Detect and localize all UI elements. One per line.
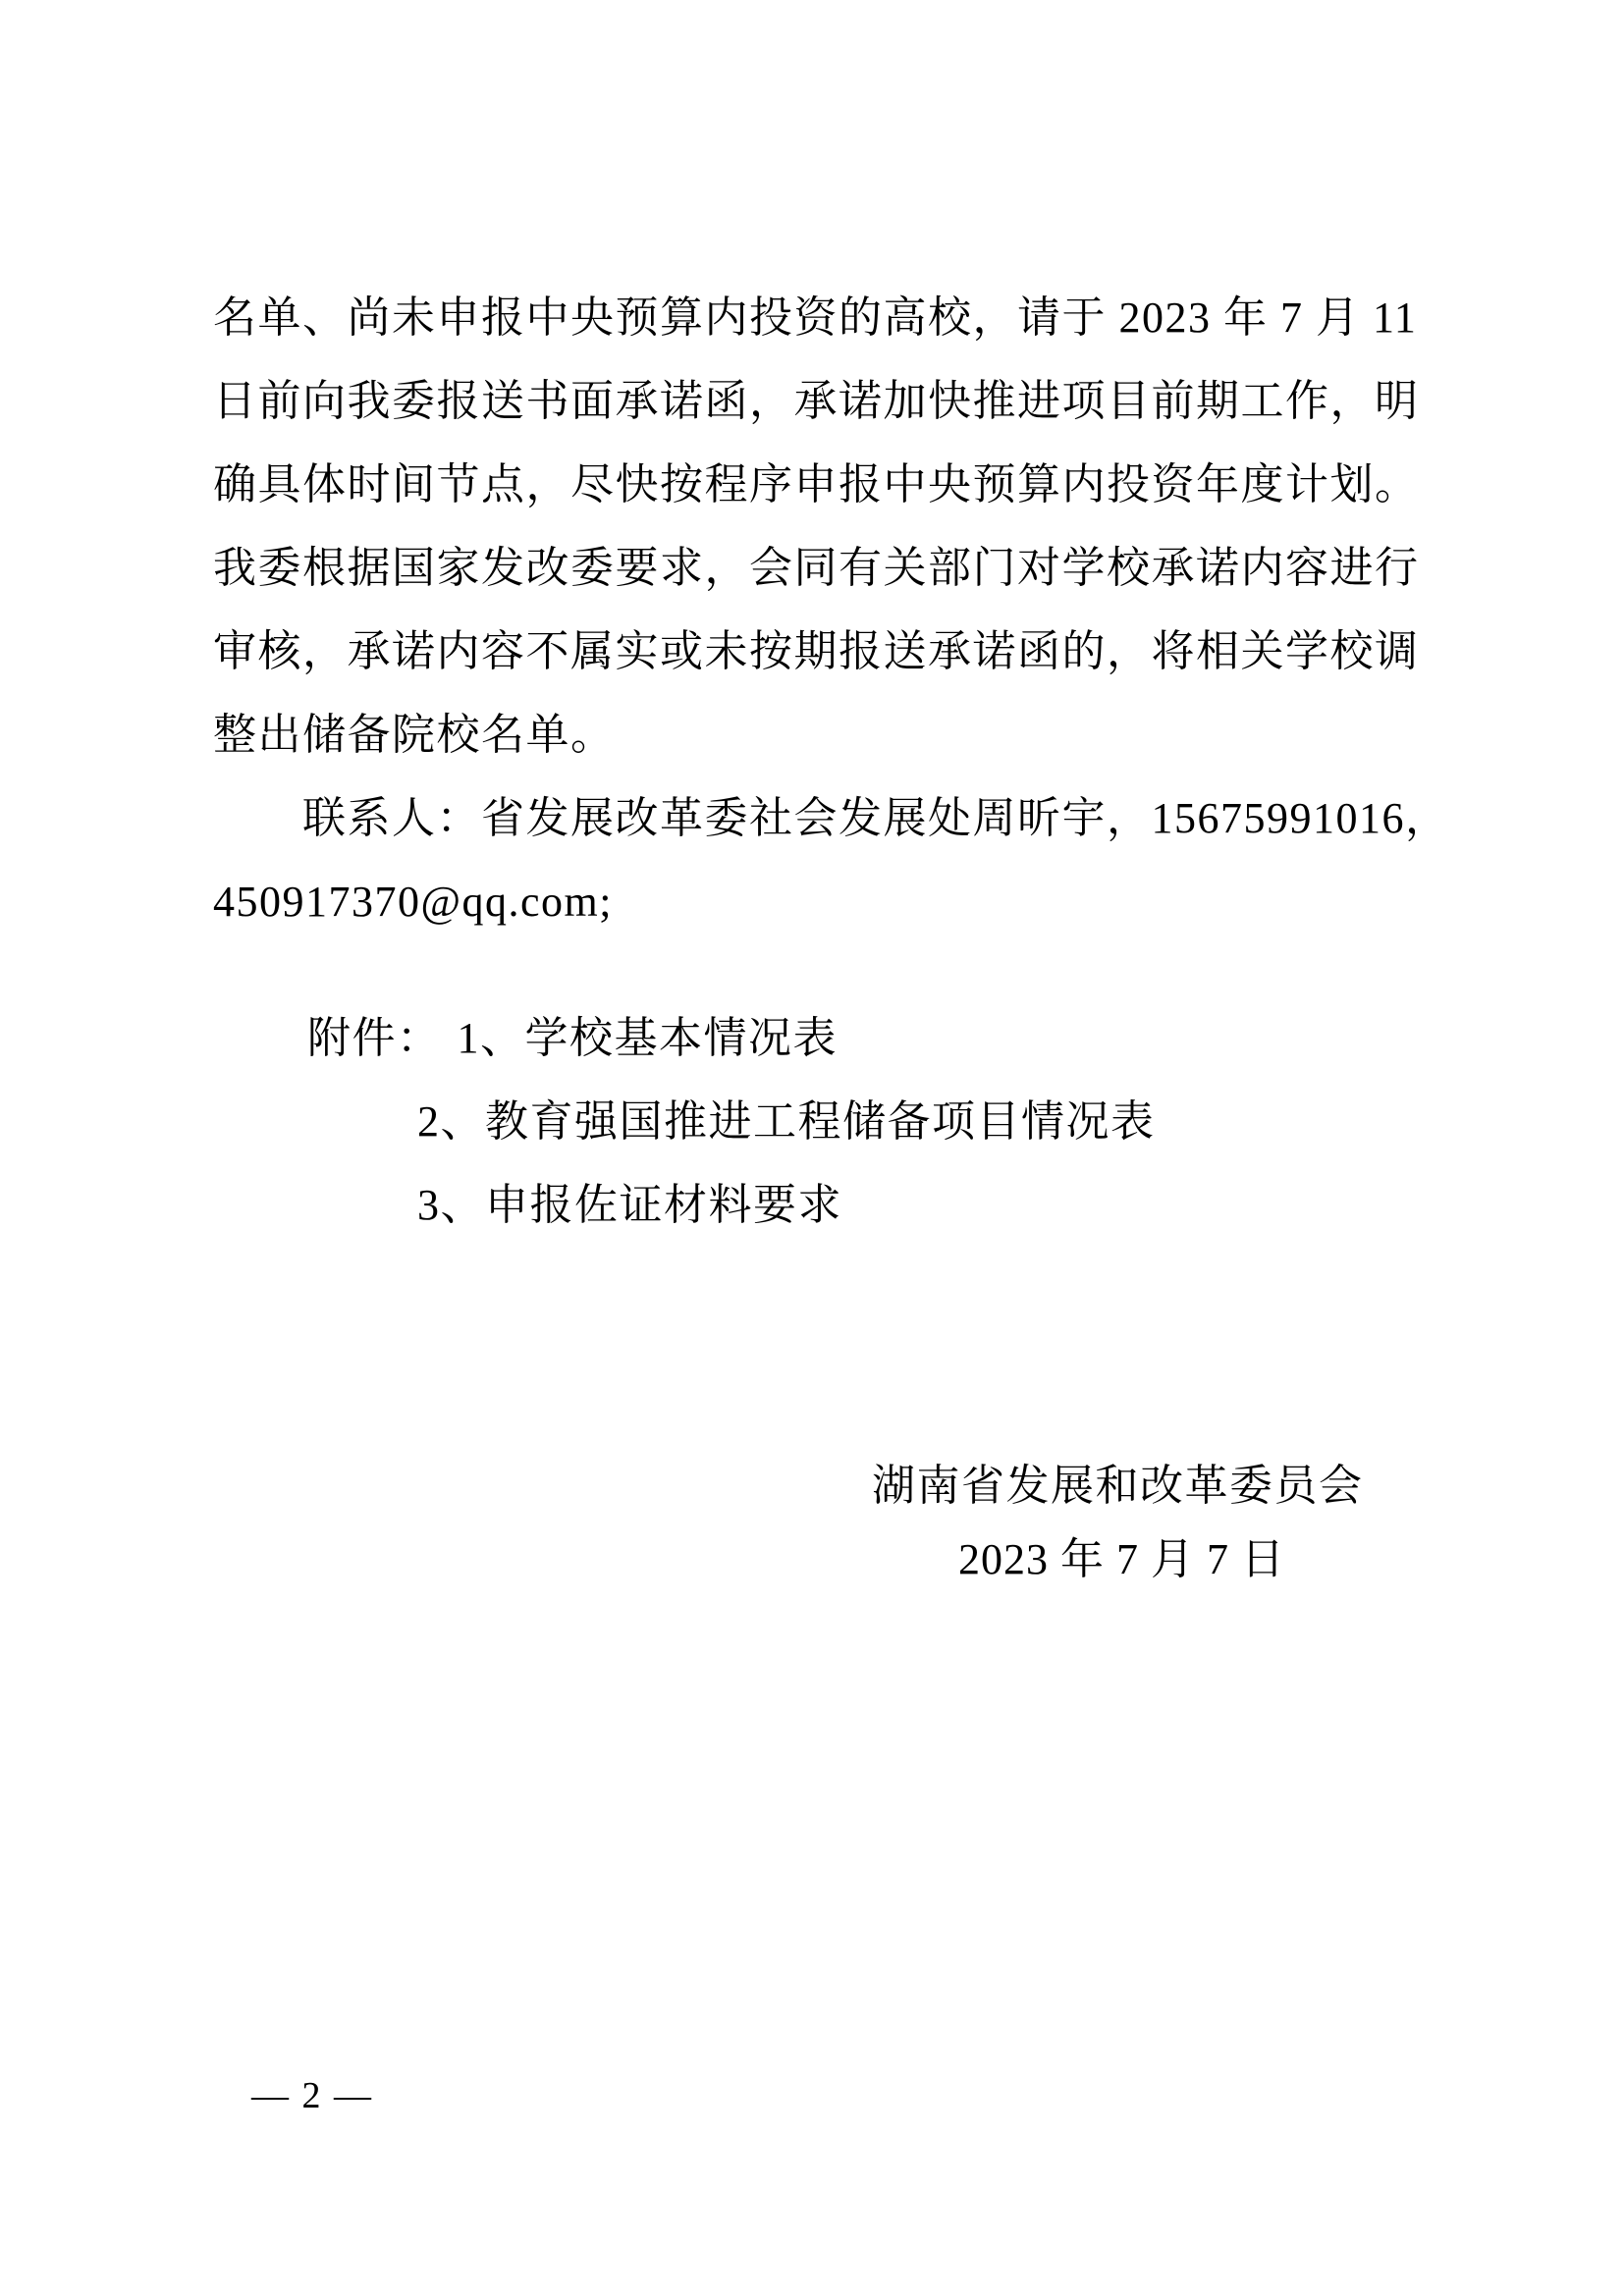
body-line: 确具体时间节点，尽快按程序申报中央预算内投资年度计划。 [213,443,1450,526]
attachment-item: 2、教育强国推进工程储备项目情况表 [417,1097,1156,1146]
body-line: 日前向我委报送书面承诺函，承诺加快推进项目前期工作，明 [213,359,1450,443]
page-number: — 2 — [251,2069,373,2122]
attachment-row: 2、教育强国推进工程储备项目情况表 [307,1080,1156,1163]
body-line: 名单、尚未申报中央预算内投资的高校，请于 2023 年 7 月 11 [213,276,1450,359]
attachment-row: 附件：1、学校基本情况表 [307,996,1156,1080]
attachments-section: 附件：1、学校基本情况表 2、教育强国推进工程储备项目情况表 3、申报佐证材料要… [307,996,1156,1247]
attachment-item: 1、学校基本情况表 [458,1014,839,1062]
body-line: 我委根据国家发改委要求，会同有关部门对学校承诺内容进行 [213,526,1450,610]
issuer-signature: 湖南省发展和改革委员会 [872,1444,1364,1527]
attachments-label: 附件： [307,1014,442,1062]
contact-line: 联系人：省发展改革委社会发展处周昕宇，15675991016， [213,776,1450,860]
body-paragraphs: 名单、尚未申报中央预算内投资的高校，请于 2023 年 7 月 11 日前向我委… [213,276,1450,943]
body-line: 审核，承诺内容不属实或未按期报送承诺函的，将相关学校调 [213,610,1450,693]
contact-email-line: 450917370@qq.com; [213,860,1450,943]
attachment-row: 3、申报佐证材料要求 [307,1163,1156,1247]
issue-date: 2023 年 7 月 7 日 [958,1518,1285,1601]
document-page: 名单、尚未申报中央预算内投资的高校，请于 2023 年 7 月 11 日前向我委… [0,0,1624,2296]
body-line: 整出储备院校名单。 [213,693,1450,776]
attachment-item: 3、申报佐证材料要求 [417,1181,842,1229]
